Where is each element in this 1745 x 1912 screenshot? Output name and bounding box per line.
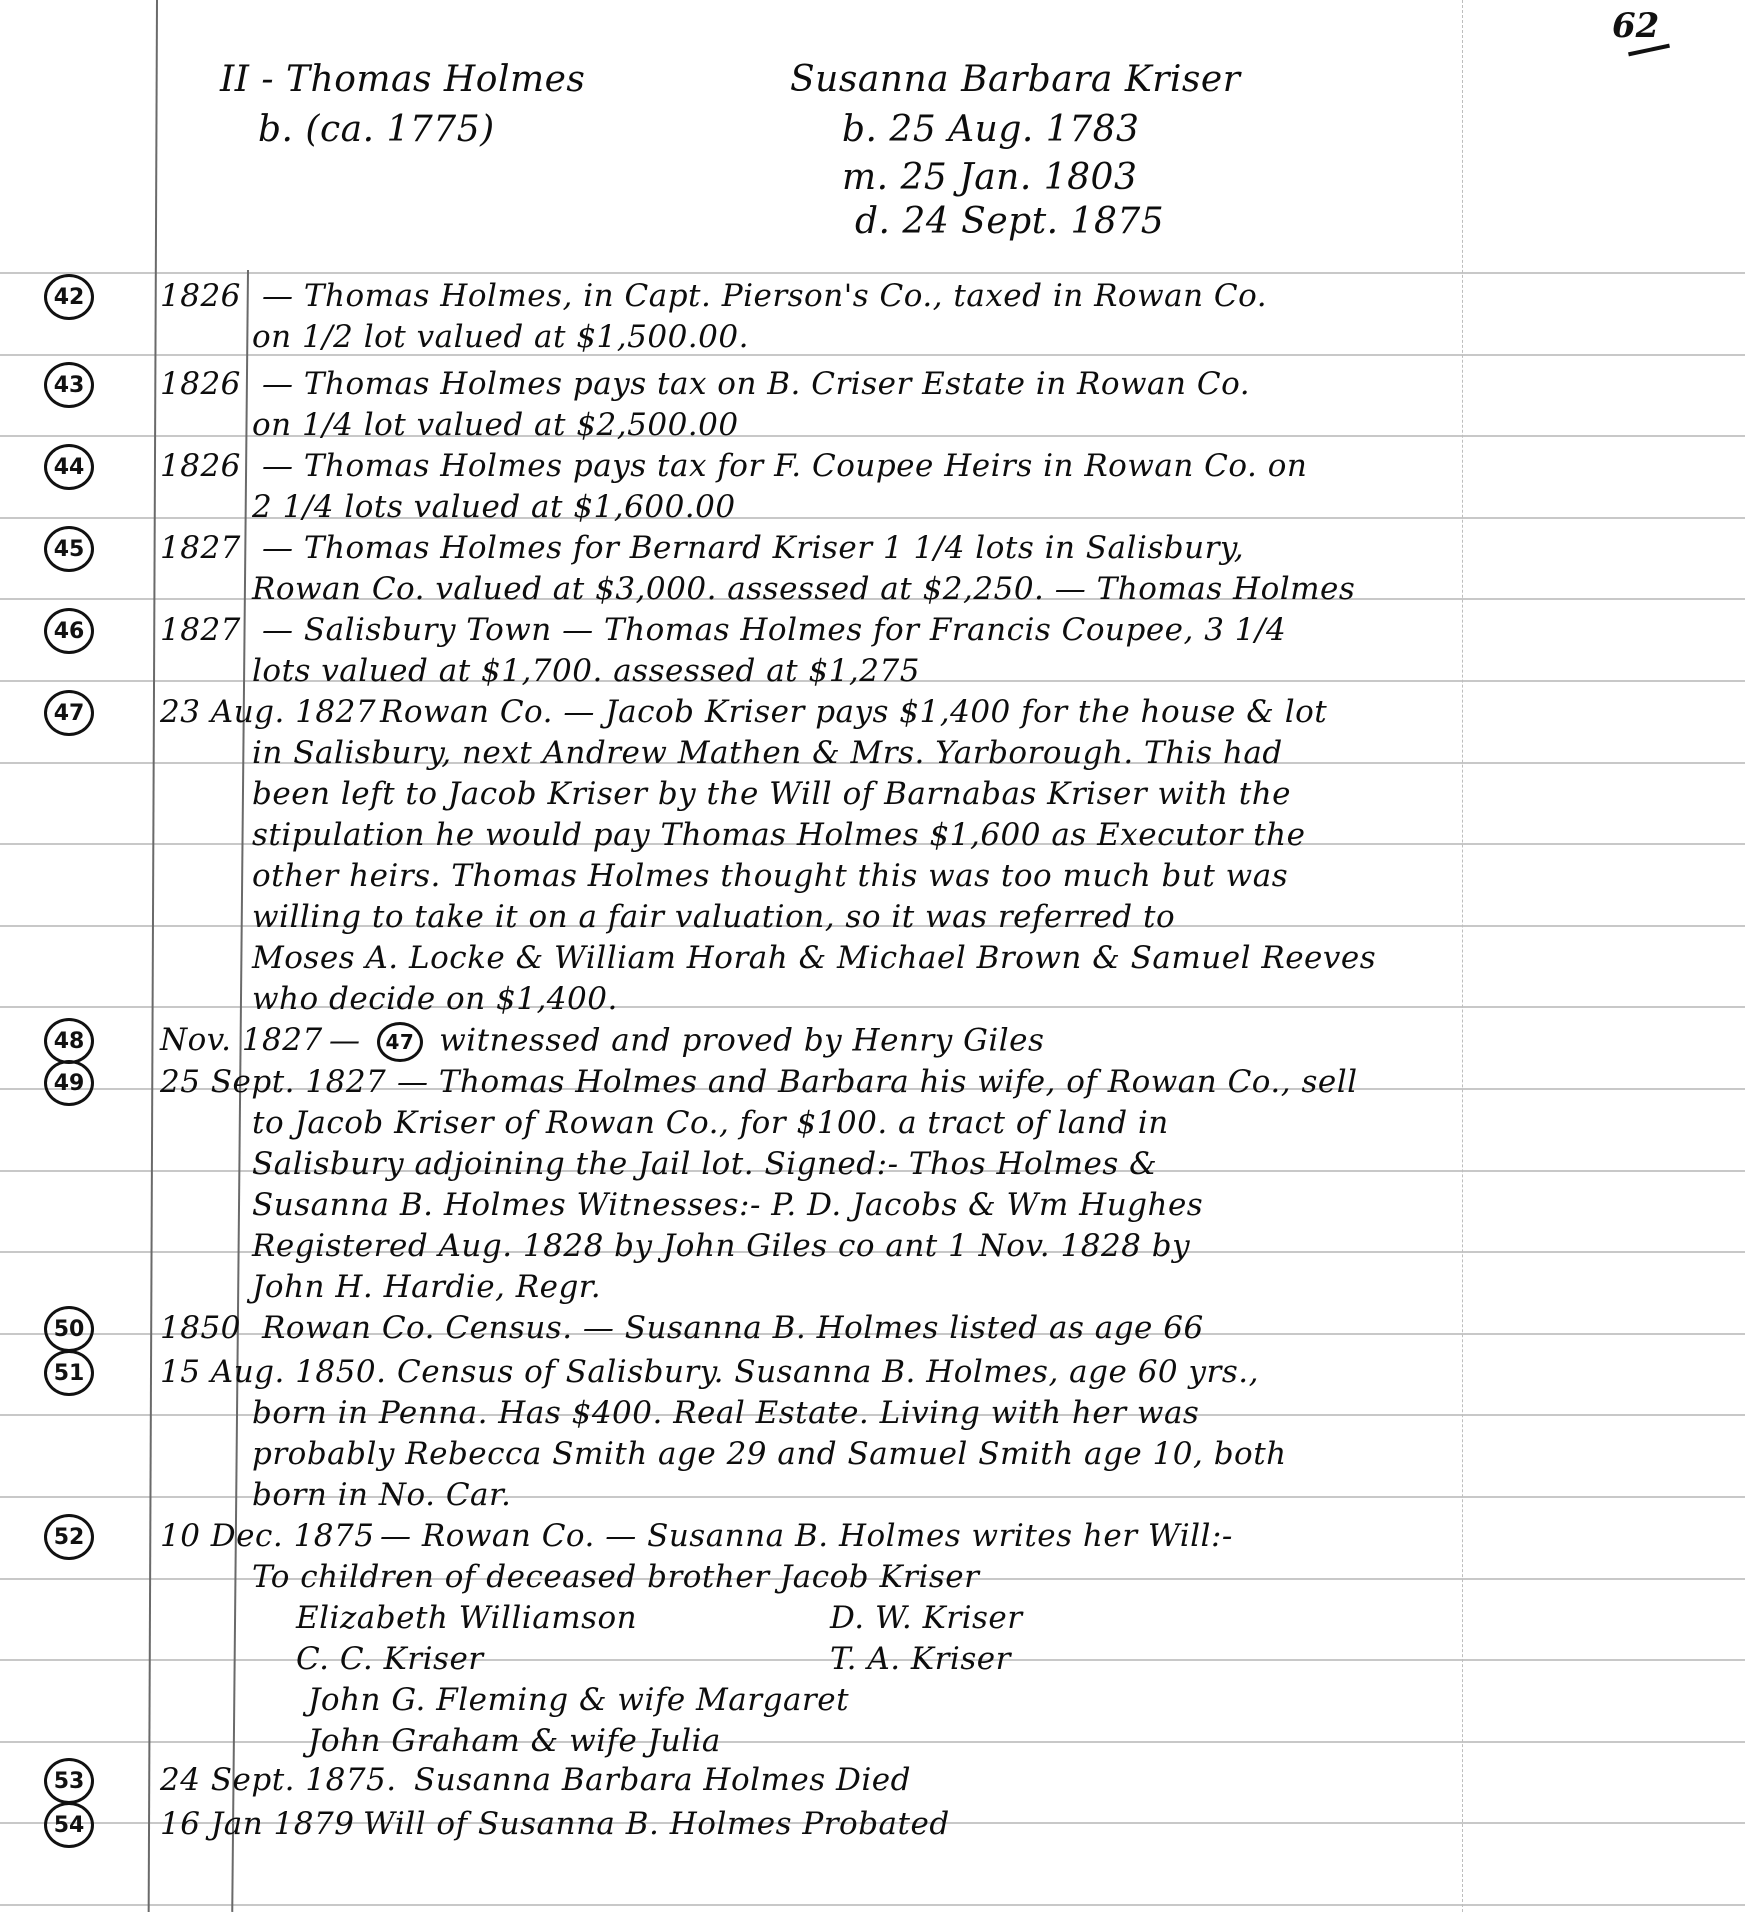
entry-line: — 47 witnessed and proved by Henry Giles: [329, 1022, 1044, 1062]
entry-date: 24 Sept. 1875.: [160, 1762, 397, 1798]
entry-number-badge: 43: [44, 362, 94, 408]
entry-line: Will of Susanna B. Holmes Probated: [363, 1806, 950, 1842]
entry-line: Rowan Co. Census. — Susanna B. Holmes li…: [262, 1310, 1204, 1346]
entry-number-badge: 54: [44, 1802, 94, 1848]
entry-number-badge: 46: [44, 608, 94, 654]
entry-line: Susanna Barbara Holmes Died: [414, 1762, 911, 1798]
entry-date: 15 Aug. 1850.: [160, 1354, 386, 1390]
entry-number-badge: 44: [44, 444, 94, 490]
ruled-line: [0, 1741, 1745, 1743]
entry-number-badge: 49: [44, 1060, 94, 1106]
entry-line: on 1/2 lot valued at $1,500.00.: [252, 319, 749, 355]
heir-name: C. C. Kriser: [296, 1641, 484, 1677]
entry-line: — Rowan Co. — Susanna B. Holmes writes h…: [380, 1518, 1233, 1554]
entry-date: Nov. 1827: [160, 1022, 323, 1058]
entry-date: 10 Dec. 1875: [160, 1518, 374, 1554]
entry-line: — Thomas Holmes and Barbara his wife, of…: [397, 1064, 1358, 1100]
entry-number-badge: 45: [44, 526, 94, 572]
entry-date: 23 Aug. 1827: [160, 694, 376, 730]
entry-line: Moses A. Locke & William Horah & Michael…: [252, 940, 1376, 976]
heir-name: John Graham & wife Julia: [308, 1723, 721, 1759]
entry-line: lots valued at $1,700. assessed at $1,27…: [252, 653, 920, 689]
entry-line: been left to Jacob Kriser by the Will of…: [252, 776, 1291, 812]
entry-line: born in No. Car.: [252, 1477, 511, 1513]
entry-number-badge: 52: [44, 1514, 94, 1560]
header-right-death: d. 24 Sept. 1875: [855, 204, 1164, 240]
heir-name: D. W. Kriser: [830, 1600, 1023, 1636]
entry-line: — Thomas Holmes pays tax on B. Criser Es…: [262, 366, 1250, 402]
entry-line: other heirs. Thomas Holmes thought this …: [252, 858, 1288, 894]
entry-line: Salisbury adjoining the Jail lot. Signed…: [252, 1146, 1157, 1182]
entry-line: probably Rebecca Smith age 29 and Samuel…: [252, 1436, 1287, 1472]
entry-line: Census of Salisbury. Susanna B. Holmes, …: [397, 1354, 1259, 1390]
page-number: 62: [1612, 6, 1659, 46]
entry-number-badge: 47: [44, 690, 94, 736]
entry-date: 1826: [160, 448, 241, 484]
header-right-birth: b. 25 Aug. 1783: [842, 112, 1139, 148]
header-right-title: Susanna Barbara Kriser: [790, 62, 1240, 98]
entry-date: 1826: [160, 366, 241, 402]
entry-number-badge: 48: [44, 1018, 94, 1064]
entry-line: who decide on $1,400.: [252, 981, 618, 1017]
entry-line: To children of deceased brother Jacob Kr…: [252, 1559, 979, 1595]
entry-date: 1850: [160, 1310, 241, 1346]
entry-number-badge: 50: [44, 1306, 94, 1352]
left-margin-line: [148, 0, 158, 1912]
heir-name: John G. Fleming & wife Margaret: [308, 1682, 849, 1718]
dash: —: [329, 1023, 371, 1059]
entry-reference-badge: 47: [377, 1022, 423, 1062]
entry-date: 1827: [160, 530, 241, 566]
entry-line: — Thomas Holmes, in Capt. Pierson's Co.,…: [262, 278, 1267, 314]
entry-line: on 1/4 lot valued at $2,500.00: [252, 407, 739, 443]
entry-line: to Jacob Kriser of Rowan Co., for $100. …: [252, 1105, 1169, 1141]
entry-number-badge: 51: [44, 1350, 94, 1396]
ledger-page: 62 II - Thomas Holmes b. (ca. 1775) Susa…: [0, 0, 1745, 1912]
header-left-birth: b. (ca. 1775): [258, 112, 495, 148]
entry-line: Registered Aug. 1828 by John Giles co an…: [252, 1228, 1190, 1264]
ruled-line: [0, 272, 1745, 274]
entry-line: 2 1/4 lots valued at $1,600.00: [252, 489, 736, 525]
entry-date: 25 Sept. 1827: [160, 1064, 386, 1100]
entry-line: — Thomas Holmes pays tax for F. Coupee H…: [262, 448, 1307, 484]
heir-name: Elizabeth Williamson: [296, 1600, 637, 1636]
header-left-title: II - Thomas Holmes: [220, 62, 585, 98]
entry-line: Rowan Co. — Jacob Kriser pays $1,400 for…: [380, 694, 1327, 730]
right-guide-line: [1462, 0, 1463, 1912]
entry-line: stipulation he would pay Thomas Holmes $…: [252, 817, 1305, 853]
ruled-line: [0, 1904, 1745, 1906]
entry-date: 1826: [160, 278, 241, 314]
entry-line: in Salisbury, next Andrew Mathen & Mrs. …: [252, 735, 1283, 771]
entry-date: 1827: [160, 612, 241, 648]
entry-line: Rowan Co. valued at $3,000. assessed at …: [252, 571, 1355, 607]
header-right-marriage: m. 25 Jan. 1803: [842, 160, 1137, 196]
entry-line: willing to take it on a fair valuation, …: [252, 899, 1175, 935]
entry-line: born in Penna. Has $400. Real Estate. Li…: [252, 1395, 1199, 1431]
entry-number-badge: 42: [44, 274, 94, 320]
entry-line-text: witnessed and proved by Henry Giles: [429, 1023, 1045, 1059]
entry-line: John H. Hardie, Regr.: [252, 1269, 601, 1305]
entry-line: Susanna B. Holmes Witnesses:- P. D. Jaco…: [252, 1187, 1203, 1223]
entry-line: — Salisbury Town — Thomas Holmes for Fra…: [262, 612, 1286, 648]
entry-number-badge: 53: [44, 1758, 94, 1804]
heir-name: T. A. Kriser: [830, 1641, 1011, 1677]
entry-date: 16 Jan 1879: [160, 1806, 354, 1842]
entry-line: — Thomas Holmes for Bernard Kriser 1 1/4…: [262, 530, 1244, 566]
